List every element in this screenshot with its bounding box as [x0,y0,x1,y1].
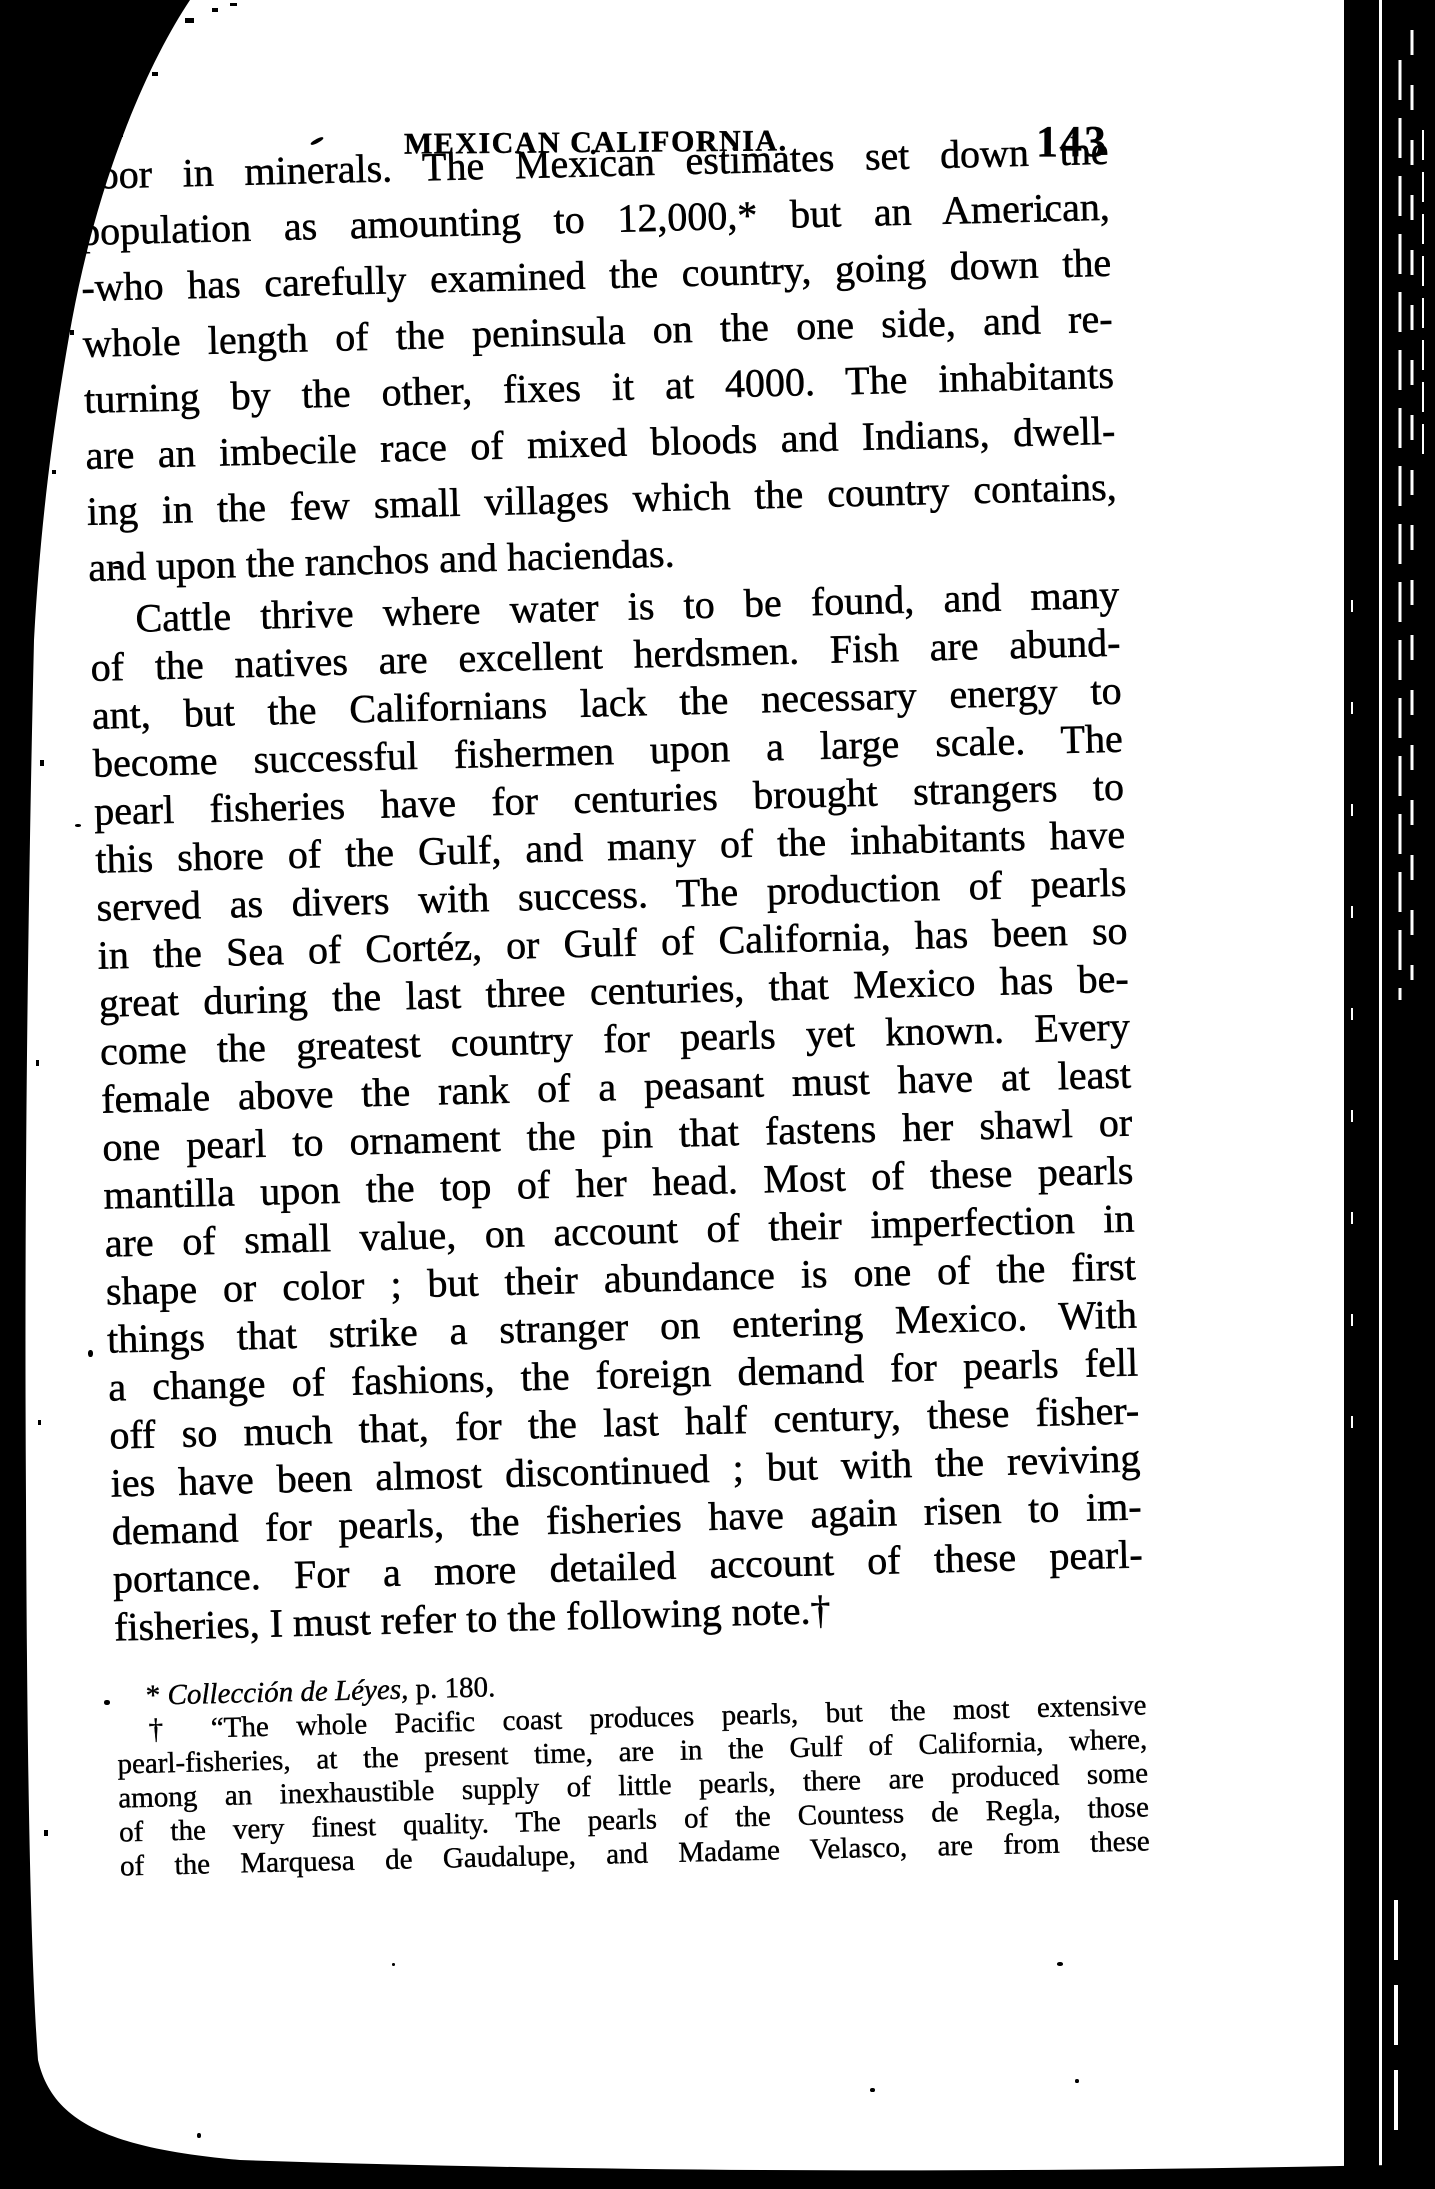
ink-speck [1075,2079,1079,2083]
ink-speck [1057,1962,1063,1966]
ink-speck [197,2133,201,2138]
paragraph-cattle-pearls: Cattle thrive where water is to be found… [89,571,1144,1652]
book-page-scan: MEXICAN CALIFORNIA. 143 poor in minerals… [0,0,1435,2189]
ink-speck [1043,218,1047,222]
ink-speck [104,1700,110,1705]
main-text-column: poor in minerals. The Mexican estimates … [78,123,1150,1884]
ink-speck [392,1963,395,1966]
footnote-citation-page: p. 180. [415,1671,496,1705]
ink-speck [88,1350,93,1357]
footnotes-block: * Collección de Léyes, p. 180. † “The wh… [115,1654,1150,1883]
footnote-asterisk-marker: * [145,1679,160,1711]
paragraph-continuation: poor in minerals. The Mexican estimates … [78,123,1119,596]
footnote-citation-title: Collección de Léyes, [167,1673,408,1711]
ink-speck [113,566,120,569]
ink-speck [870,2088,875,2092]
ink-speck [75,824,81,827]
